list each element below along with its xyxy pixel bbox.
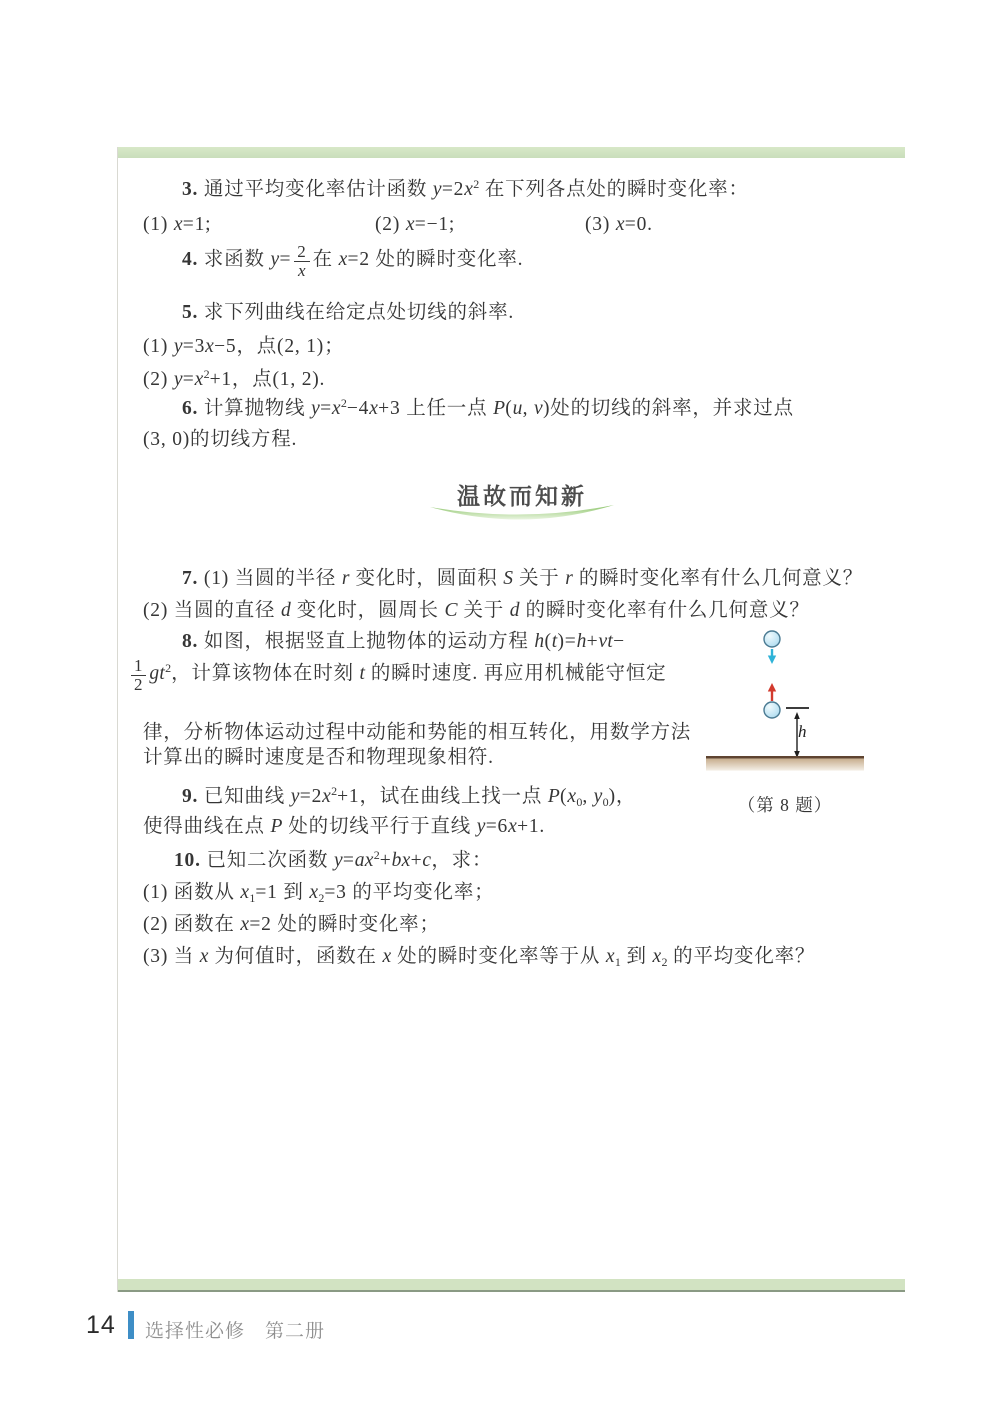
problem-8-line-1: 8. 如图，根据竖直上抛物体的运动方程 h(t)=h+vt− bbox=[182, 630, 625, 653]
problem-3-item-3: (3) x=0. bbox=[585, 213, 653, 236]
problem-3-heading: 3. 通过平均变化率估计函数 y=2x2 在下列各点处的瞬时变化率： bbox=[182, 177, 749, 201]
falling-ball bbox=[764, 631, 780, 647]
problem-9-line-1: 9. 已知曲线 y=2x2+1，试在曲线上找一点 P(x0, y0)， bbox=[182, 784, 636, 809]
problem-5-heading: 5. 求下列曲线在给定点处切线的斜率. bbox=[182, 301, 514, 324]
problem-8-figure: h （第 8 题） bbox=[700, 626, 870, 816]
badge-label: 温故而知新 bbox=[427, 478, 617, 511]
rising-ball bbox=[764, 702, 780, 718]
problem-3-item-1: (1) x=1; bbox=[143, 213, 211, 236]
page-left-rule bbox=[117, 147, 118, 1292]
problem-7-line-1: 7. (1) 当圆的半径 r 变化时，圆面积 S 关于 r 的瞬时变化率有什么几… bbox=[182, 567, 863, 590]
review-section-badge: 温故而知新 bbox=[427, 478, 617, 524]
problem-4-text: 4. 求函数 y=2x在 x=2 处的瞬时变化率. bbox=[182, 243, 523, 280]
problem-6-line-1: 6. 计算抛物线 y=x2−4x+3 上任一点 P(u, v)处的切线的斜率，并… bbox=[182, 396, 794, 420]
book-title: 选择性必修 第二册 bbox=[145, 1316, 325, 1343]
problem-8-line-4: 计算出的瞬时速度是否和物理现象相符. bbox=[143, 746, 494, 769]
problem-8-line-2: 12gt2，计算该物体在时刻 t 的瞬时速度. 再应用机械能守恒定 bbox=[128, 657, 666, 694]
ground-sand bbox=[706, 759, 864, 771]
problem-8-line-3: 律，分析物体运动过程中动能和势能的相互转化，用数学方法 bbox=[143, 721, 691, 744]
page-bottom-green-bar bbox=[118, 1279, 905, 1292]
ground-line bbox=[706, 756, 864, 759]
problem-10-item-2: (2) 函数在 x=2 处的瞬时变化率； bbox=[143, 913, 440, 936]
problem-6-line-2: (3, 0)的切线方程. bbox=[143, 428, 297, 451]
figure-caption: （第 8 题） bbox=[725, 792, 845, 817]
problem-10-item-1: (1) 函数从 x1=1 到 x2=3 的平均变化率； bbox=[143, 881, 494, 905]
problem-9-line-2: 使得曲线在点 P 处的切线平行于直线 y=6x+1. bbox=[143, 815, 545, 838]
thrown-ball-diagram bbox=[700, 626, 870, 786]
page-footer: 14 选择性必修 第二册 bbox=[0, 1305, 1000, 1350]
page-number: 14 bbox=[86, 1311, 116, 1340]
page-top-green-bar bbox=[118, 147, 905, 158]
problem-10-item-3: (3) 当 x 为何值时，函数在 x 处的瞬时变化率等于从 x1 到 x2 的平… bbox=[143, 945, 815, 969]
footer-divider-bar bbox=[128, 1311, 134, 1339]
problem-5-item-1: (1) y=3x−5，点(2, 1)； bbox=[143, 335, 344, 358]
height-label: h bbox=[798, 722, 807, 742]
problem-10-heading: 10. 已知二次函数 y=ax2+bx+c，求： bbox=[174, 848, 492, 872]
problem-3-item-2: (2) x=−1; bbox=[375, 213, 455, 236]
problem-5-item-2: (2) y=x2+1，点(1, 2). bbox=[143, 367, 325, 391]
problem-7-line-2: (2) 当圆的直径 d 变化时，圆周长 C 关于 d 的瞬时变化率有什么几何意义… bbox=[143, 599, 810, 622]
